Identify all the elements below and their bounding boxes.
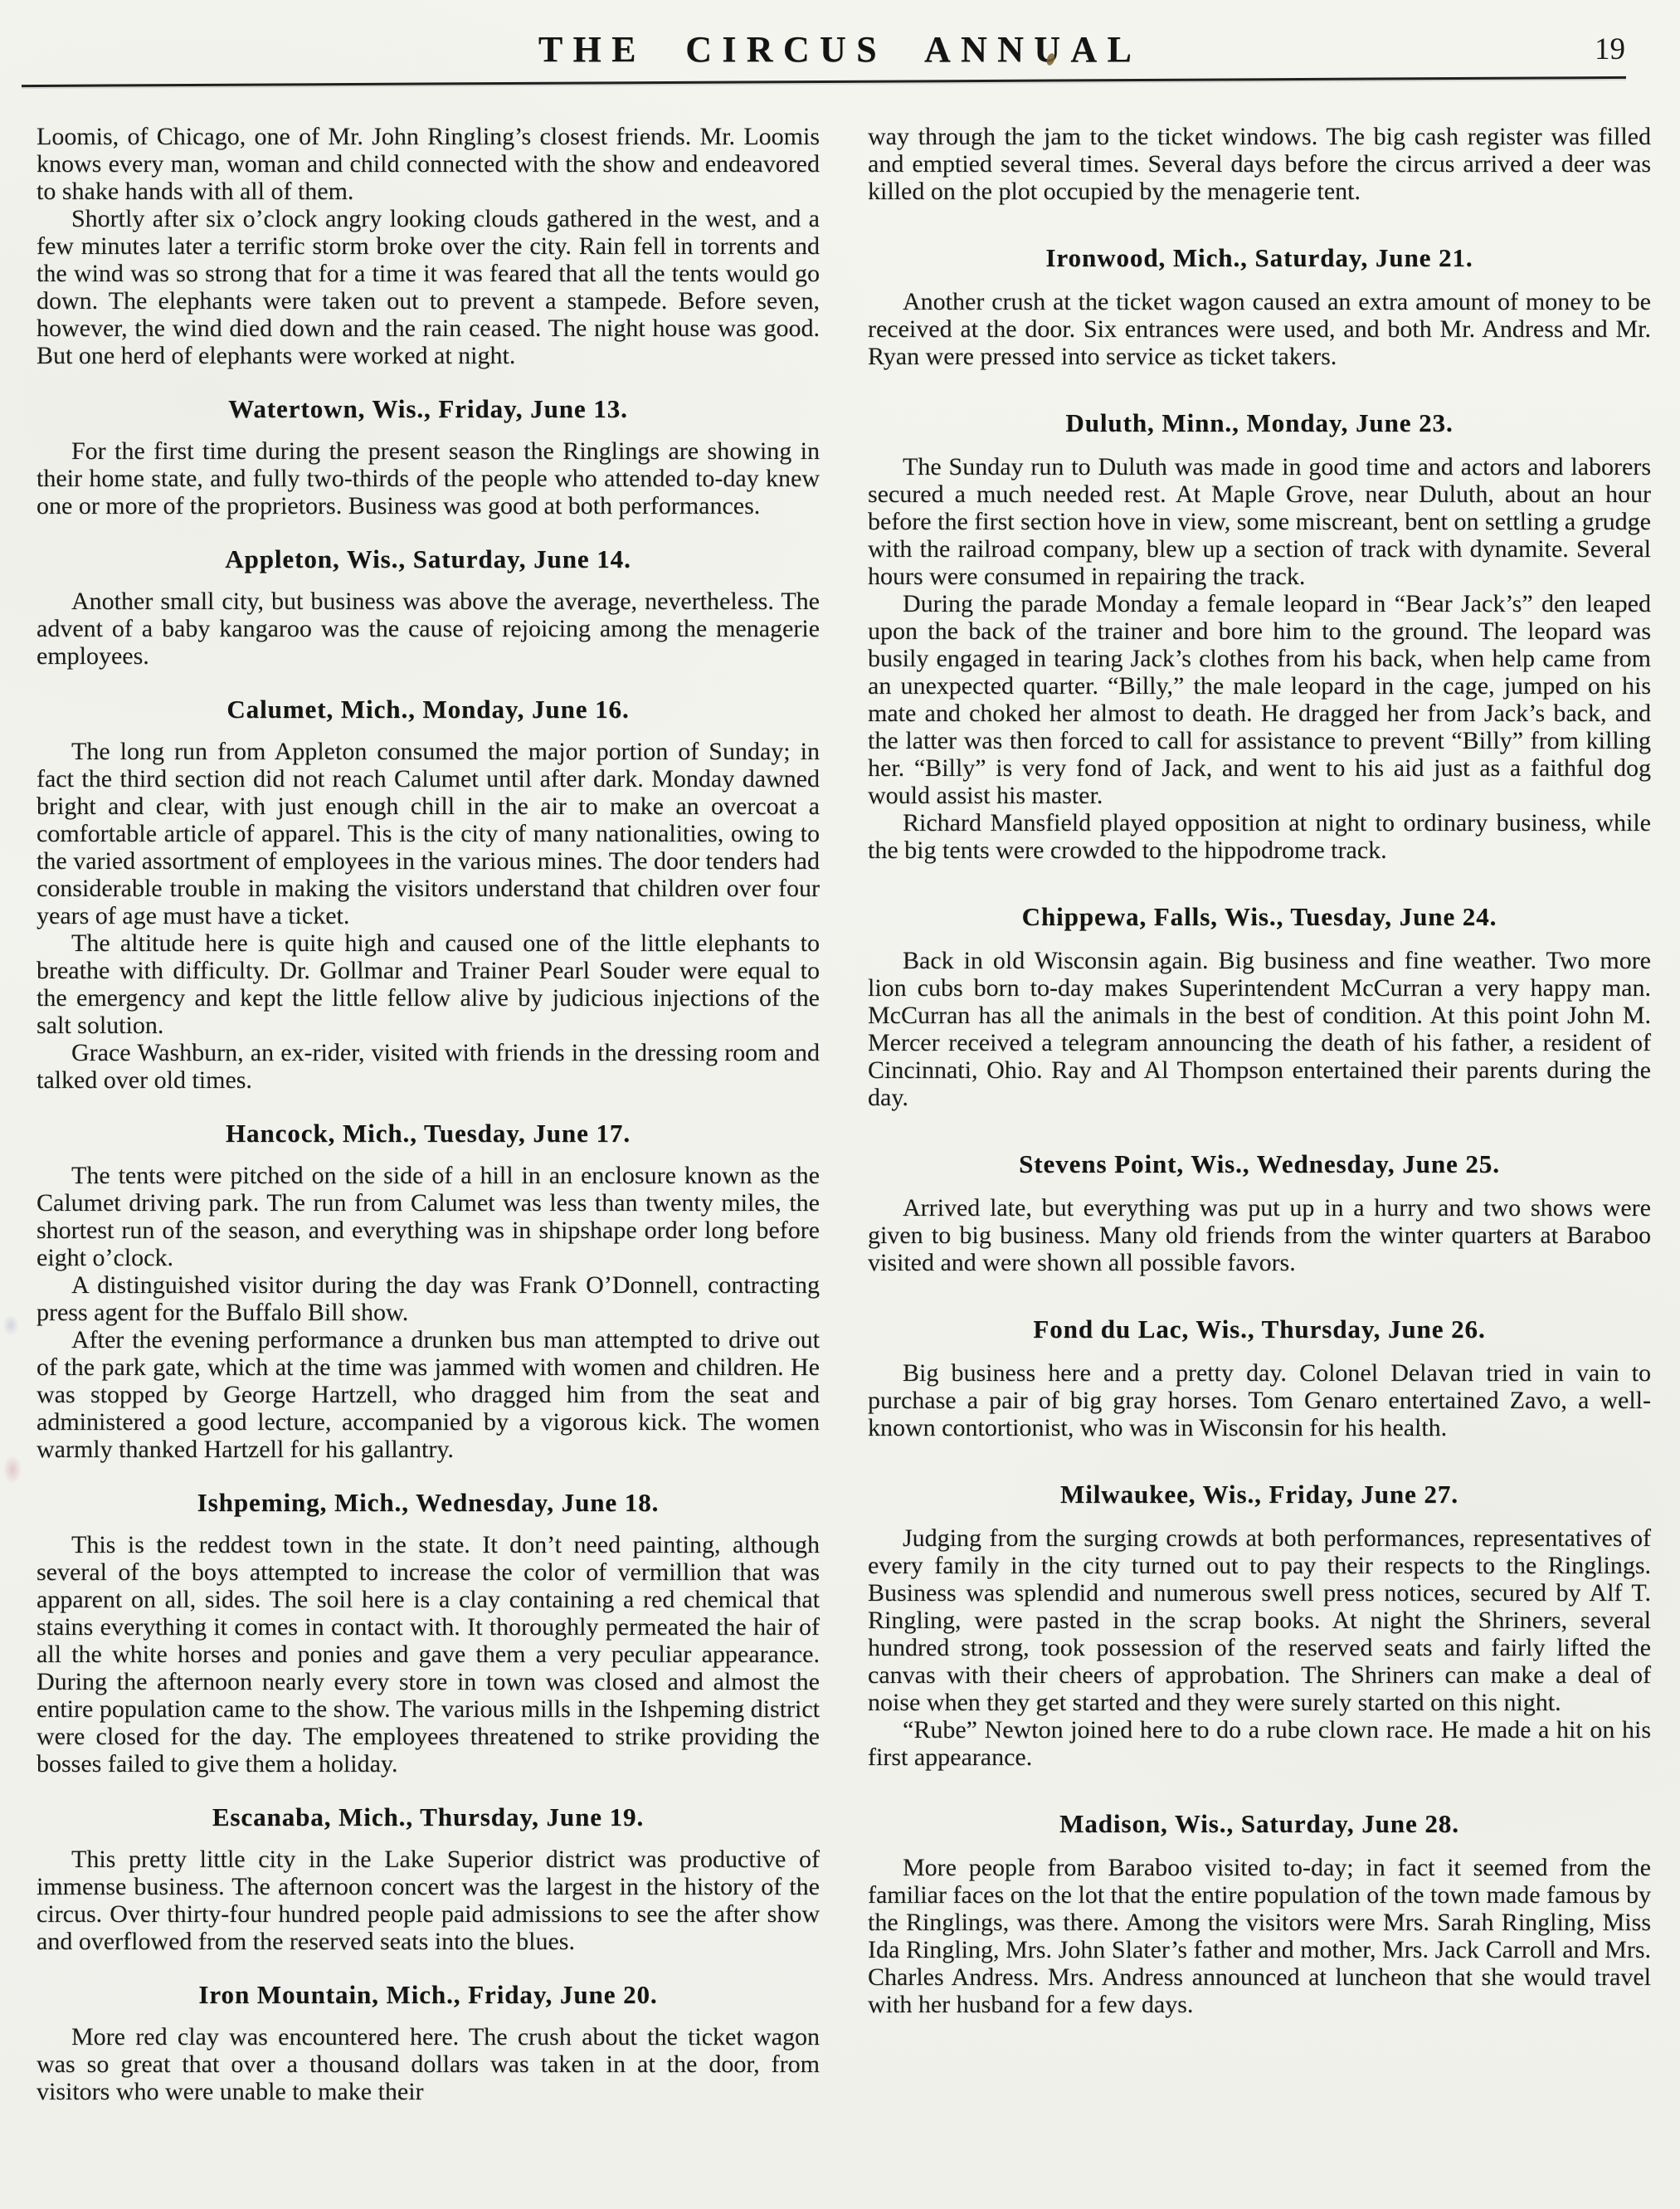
entry-heading: Appleton, Wis., Saturday, June 14. [37,544,820,574]
entry-heading: Escanaba, Mich., Thursday, June 19. [37,1802,820,1832]
entry-heading: Fond du Lac, Wis., Thursday, June 26. [868,1314,1651,1344]
entry-heading: Hancock, Mich., Tuesday, June 17. [37,1119,820,1148]
entry-paragraph: After the evening performance a drunken … [37,1326,820,1463]
entry-heading: Ironwood, Mich., Saturday, June 21. [868,243,1651,273]
entry-paragraph: More red clay was encountered here. The … [37,2023,820,2105]
entry-paragraph: More people from Baraboo visited to-day;… [868,1854,1651,2018]
entry-paragraph: Another crush at the ticket wagon caused… [868,288,1651,370]
entry-paragraph: This pretty little city in the Lake Supe… [37,1846,820,1955]
entry-paragraph: Big business here and a pretty day. Colo… [868,1359,1651,1441]
text-columns: Loomis, of Chicago, one of Mr. John Ring… [0,123,1680,2209]
page: THE CIRCUS ANNUAL 19 Loomis, of Chicago,… [0,0,1680,2209]
entry-paragraph: Another small city, but business was abo… [37,588,820,670]
entry-heading: Duluth, Minn., Monday, June 23. [868,408,1651,438]
entry-heading: Ishpeming, Mich., Wednesday, June 18. [37,1488,820,1518]
page-title: THE CIRCUS ANNUAL [0,28,1680,71]
entry-paragraph: The long run from Appleton consumed the … [37,738,820,929]
header-rule [22,76,1626,87]
entry-heading: Milwaukee, Wis., Friday, June 27. [868,1480,1651,1509]
entry-heading: Chippewa, Falls, Wis., Tuesday, June 24. [868,902,1651,932]
entry-paragraph: For the first time during the present se… [37,437,820,519]
entry-paragraph: Richard Mansfield played opposition at n… [868,809,1651,864]
entry-paragraph: During the parade Monday a female leopar… [868,590,1651,809]
entry-heading: Iron Mountain, Mich., Friday, June 20. [37,1980,820,2010]
entry-paragraph: Arrived late, but everything was put up … [868,1194,1651,1276]
entry-paragraph: “Rube” Newton joined here to do a rube c… [868,1716,1651,1771]
entry-paragraph: The tents were pitched on the side of a … [37,1162,820,1271]
entry-paragraph: Grace Washburn, an ex-rider, visited wit… [37,1039,820,1094]
entry-paragraph: Back in old Wisconsin again. Big busines… [868,947,1651,1111]
entry-heading: Calumet, Mich., Monday, June 16. [37,695,820,724]
entry-paragraph: Judging from the surging crowds at both … [868,1524,1651,1716]
entry-paragraph: The Sunday run to Duluth was made in goo… [868,453,1651,590]
entry-paragraph: way through the jam to the ticket window… [868,123,1651,205]
entry-paragraph: The altitude here is quite high and caus… [37,929,820,1039]
entry-heading: Watertown, Wis., Friday, June 13. [37,394,820,424]
entry-heading: Stevens Point, Wis., Wednesday, June 25. [868,1149,1651,1179]
entry-heading: Madison, Wis., Saturday, June 28. [868,1809,1651,1839]
entry-paragraph: Shortly after six o’clock angry looking … [37,205,820,369]
page-number: 19 [1595,32,1625,67]
entry-paragraph: Loomis, of Chicago, one of Mr. John Ring… [37,123,820,205]
entry-paragraph: This is the reddest town in the state. I… [37,1531,820,1777]
entry-paragraph: A distinguished visitor during the day w… [37,1271,820,1326]
column-right: way through the jam to the ticket window… [868,123,1651,2018]
column-left: Loomis, of Chicago, one of Mr. John Ring… [37,123,820,2105]
